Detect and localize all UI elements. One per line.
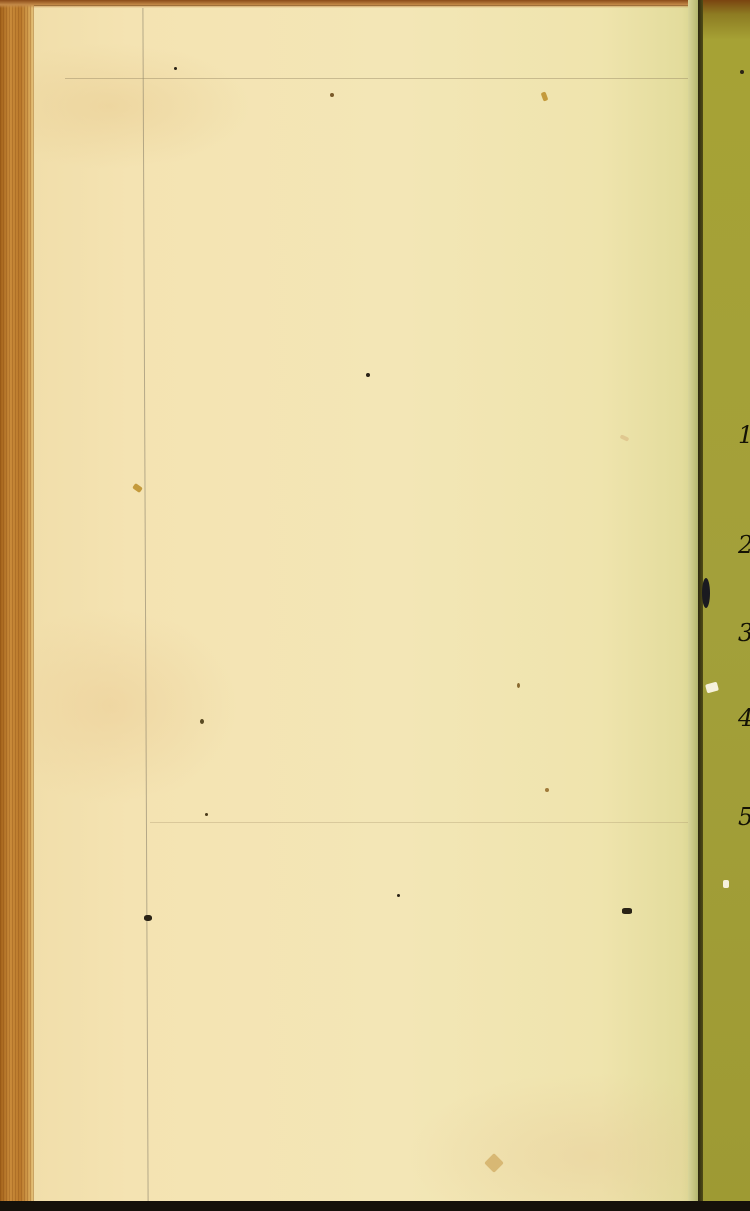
paper-speck [366, 373, 370, 377]
ink-blot [702, 578, 710, 608]
facing-page-numeral: 3 [738, 621, 750, 645]
top-page-edge [0, 0, 700, 8]
paper-speck [205, 813, 208, 816]
facing-page [703, 0, 750, 1211]
paper-speck [397, 894, 400, 897]
binding-edge [0, 0, 34, 1211]
top-ruling-line [65, 78, 690, 79]
facing-page-numeral: 1 [738, 423, 750, 447]
facing-page-numeral: 5 [738, 805, 750, 829]
facing-page-numeral: 2 [738, 533, 750, 557]
paper-speck [517, 683, 520, 688]
ledger-page [30, 6, 702, 1202]
mid-ruling-line [150, 822, 695, 823]
paper-speck [200, 719, 204, 724]
facing-page-numeral: 4 [738, 706, 750, 730]
paper-speck [330, 93, 334, 97]
paper-speck [144, 915, 152, 921]
paper-speck [740, 70, 744, 74]
bottom-page-edge [0, 1201, 750, 1211]
paper-speck [545, 788, 549, 792]
paper-chip [723, 880, 729, 888]
paper-speck [622, 908, 632, 914]
document-scan: 1 2 3 4 5 [0, 0, 750, 1211]
paper-speck [174, 67, 177, 70]
